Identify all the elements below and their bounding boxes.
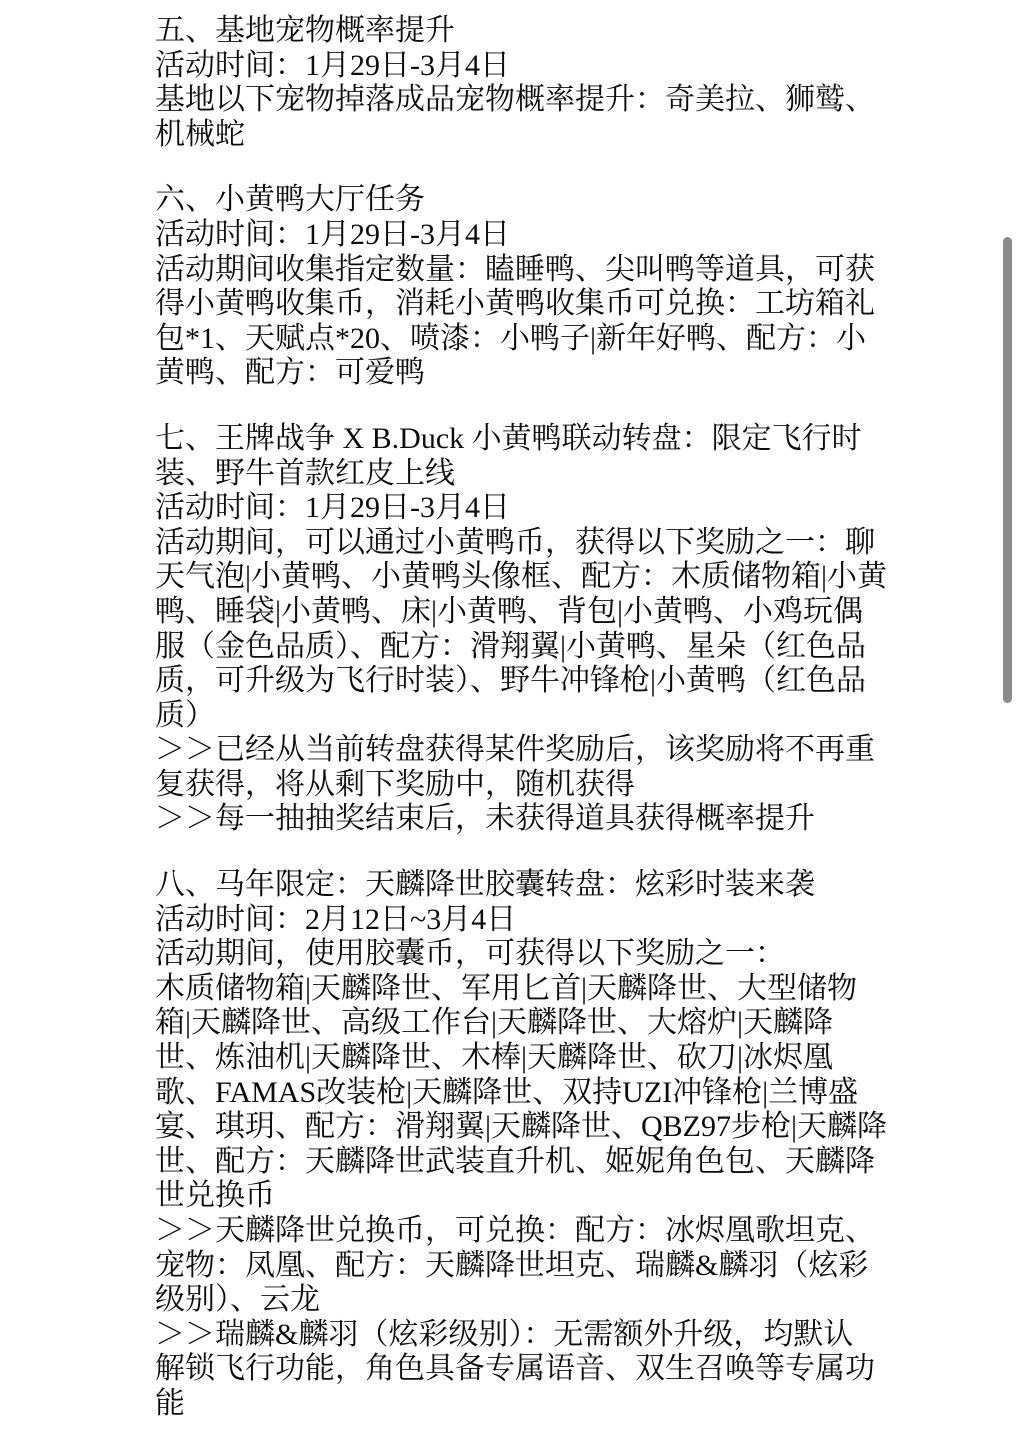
text-line: 服（金色品质）、配方：滑翔翼|小黄鸭、星朵（红色品 — [155, 630, 903, 665]
section-7-bduck-collab-wheel: 七、王牌战争 X B.Duck 小黄鸭联动转盘：限定飞行时装、野牛首款红皮上线活… — [155, 422, 903, 837]
text-line: 六、小黄鸭大厅任务 — [155, 183, 903, 218]
text-line: 基地以下宠物掉落成品宠物概率提升：奇美拉、狮鹫、 — [155, 83, 903, 118]
text-line: 活动时间：1月29日-3月4日 — [155, 491, 903, 526]
text-line: 鸭、睡袋|小黄鸭、床|小黄鸭、背包|小黄鸭、小鸡玩偶 — [155, 595, 903, 630]
text-line: 能 — [155, 1387, 903, 1422]
text-line: 质，可升级为飞行时装）、野牛冲锋枪|小黄鸭（红色品 — [155, 664, 903, 699]
text-line: 八、马年限定：天麟降世胶囊转盘：炫彩时装来袭 — [155, 868, 903, 903]
text-line: ＞＞已经从当前转盘获得某件奖励后，该奖励将不再重 — [155, 733, 903, 768]
text-line: 活动时间：1月29日-3月4日 — [155, 218, 903, 253]
text-line: 宴、琪玥、配方：滑翔翼|天麟降世、QBZ97步枪|天麟降 — [155, 1110, 903, 1145]
text-line: 黄鸭、配方：可爱鸭 — [155, 356, 903, 391]
vertical-scrollbar-thumb[interactable] — [1003, 237, 1012, 703]
text-line: 装、野牛首款红皮上线 — [155, 457, 903, 492]
text-line: ＞＞瑞麟&麟羽（炫彩级别）：无需额外升级，均默认 — [155, 1318, 903, 1353]
text-line: 级别）、云龙 — [155, 1283, 903, 1318]
section-6-duck-lobby-tasks: 六、小黄鸭大厅任务活动时间：1月29日-3月4日活动期间收集指定数量：瞌睡鸭、尖… — [155, 183, 903, 391]
text-line: 歌、FAMAS改装枪|天麟降世、双持UZI冲锋枪|兰博盛 — [155, 1076, 903, 1111]
text-line: ＞＞每一抽抽奖结束后，未获得道具获得概率提升 — [155, 802, 903, 837]
text-line: 世、配方：天麟降世武装直升机、姬妮角色包、天麟降 — [155, 1145, 903, 1180]
text-line: 得小黄鸭收集币，消耗小黄鸭收集币可兑换：工坊箱礼 — [155, 287, 903, 322]
text-line: 质） — [155, 699, 903, 734]
text-line: ＞＞天麟降世兑换币，可兑换：配方：冰烬凰歌坦克、 — [155, 1214, 903, 1249]
text-line: 活动期间收集指定数量：瞌睡鸭、尖叫鸭等道具，可获 — [155, 253, 903, 288]
text-line: 木质储物箱|天麟降世、军用匕首|天麟降世、大型储物 — [155, 972, 903, 1007]
section-5-base-pet-probability: 五、基地宠物概率提升活动时间：1月29日-3月4日基地以下宠物掉落成品宠物概率提… — [155, 14, 903, 152]
text-line: 解锁飞行功能，角色具备专属语音、双生召唤等专属功 — [155, 1352, 903, 1387]
text-line: 箱|天麟降世、高级工作台|天麟降世、大熔炉|天麟降 — [155, 1006, 903, 1041]
text-line: 复获得，将从剩下奖励中，随机获得 — [155, 768, 903, 803]
text-line: 包*1、天赋点*20、喷漆：小鸭子|新年好鸭、配方：小 — [155, 322, 903, 357]
text-line: 世、炼油机|天麟降世、木棒|天麟降世、砍刀|冰烬凰 — [155, 1041, 903, 1076]
text-line: 宠物：凤凰、配方：天麟降世坦克、瑞麟&麟羽（炫彩 — [155, 1249, 903, 1284]
text-line: 天气泡|小黄鸭、小黄鸭头像框、配方：木质储物箱|小黄 — [155, 560, 903, 595]
text-line: 五、基地宠物概率提升 — [155, 14, 903, 49]
text-line: 世兑换币 — [155, 1179, 903, 1214]
text-line: 机械蛇 — [155, 118, 903, 153]
text-line: 活动期间，可以通过小黄鸭币，获得以下奖励之一：聊 — [155, 526, 903, 561]
announcement-document: 五、基地宠物概率提升活动时间：1月29日-3月4日基地以下宠物掉落成品宠物概率提… — [155, 14, 903, 1422]
text-line: 活动时间：2月12日~3月4日 — [155, 903, 903, 938]
text-line: 七、王牌战争 X B.Duck 小黄鸭联动转盘：限定飞行时 — [155, 422, 903, 457]
text-line: 活动时间：1月29日-3月4日 — [155, 49, 903, 84]
section-8-tianlin-capsule-wheel: 八、马年限定：天麟降世胶囊转盘：炫彩时装来袭活动时间：2月12日~3月4日活动期… — [155, 868, 903, 1422]
text-line: 活动期间，使用胶囊币，可获得以下奖励之一： — [155, 937, 903, 972]
